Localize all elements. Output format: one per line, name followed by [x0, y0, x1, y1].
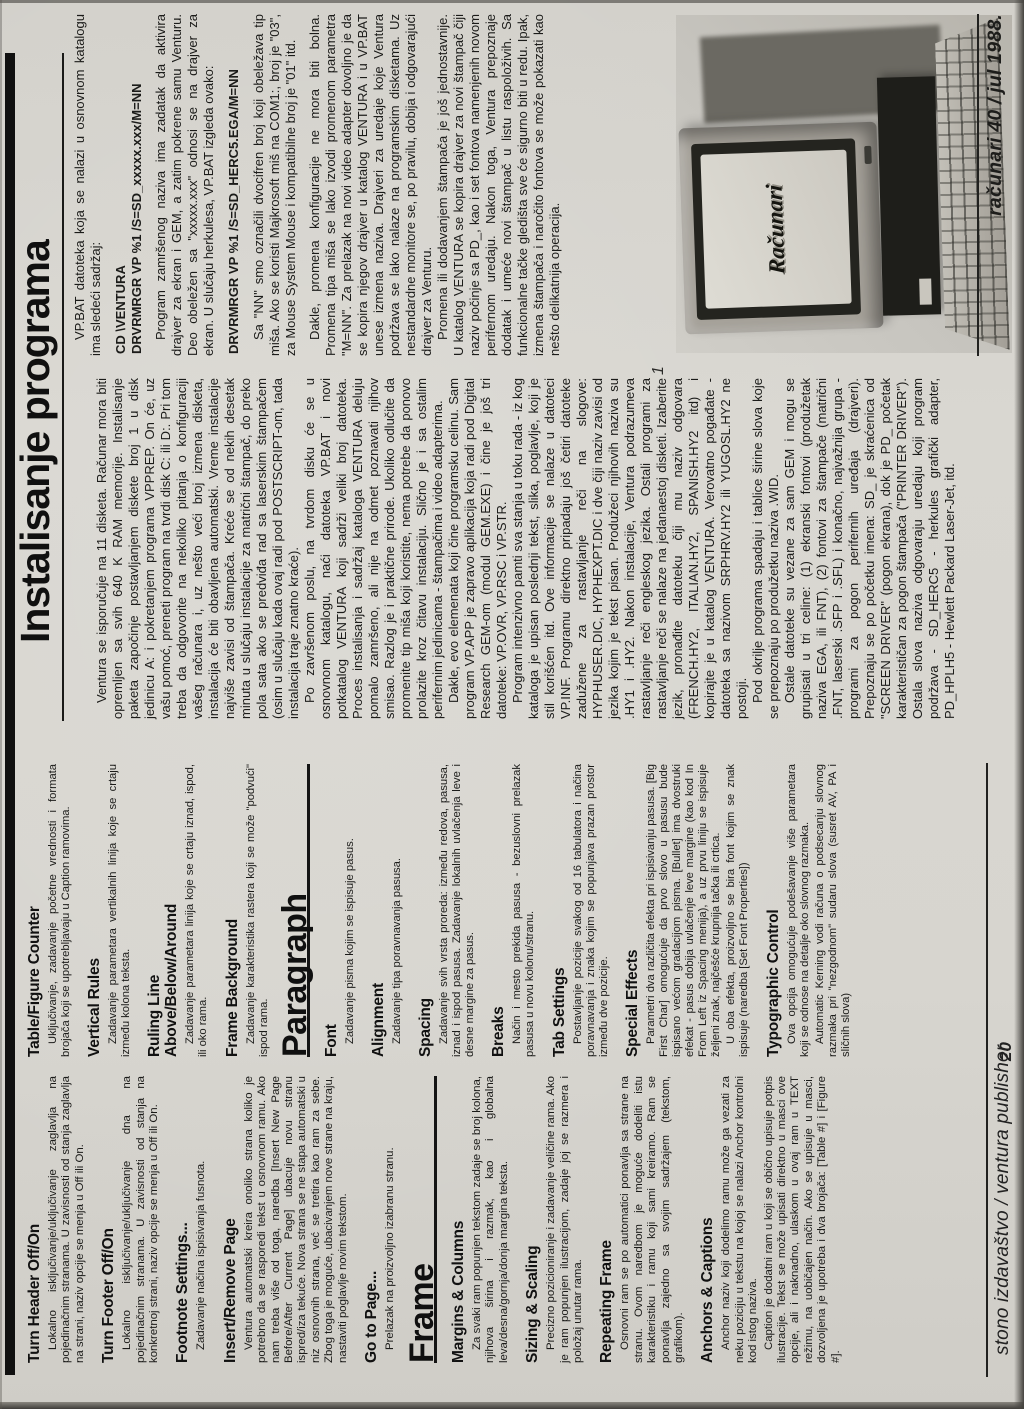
- section-heading: Breaks: [490, 764, 507, 1057]
- section-body: Ova opcija omogućuje podešavanje više pa…: [786, 764, 812, 1057]
- section-heading-line2: Above/Below/Around: [163, 764, 180, 1057]
- scan-edge-right: [1014, 0, 1024, 1409]
- big-heading-frame: Frame: [416, 1076, 437, 1363]
- code-line: DRVRMRGR VP %1 /S=SD_xxxxx.xxx/M=NN: [129, 14, 145, 354]
- section-heading: Font: [323, 764, 340, 1057]
- code-line-cd-ventura: CD \VENTURA DRVRMRGR VP %1 /S=SD_xxxxx.x…: [113, 14, 144, 354]
- footer-rule-left: [986, 763, 988, 1377]
- footer-rule-right: [977, 14, 979, 356]
- article-paragraph: Pod okrilje programa spadaju i tablice š…: [750, 378, 782, 719]
- section-special-effects: Special Effects Parametri dva različita …: [624, 764, 752, 1057]
- page-number-right: 1: [650, 366, 668, 375]
- article-paragraph: Promena ili dodavanjem štampača je još j…: [435, 14, 563, 356]
- section-heading: Vertical Rules: [86, 764, 103, 1057]
- section-heading: Spacing: [417, 764, 434, 1057]
- section-body: Prelazak na proizvoljno izabranu stranu.: [384, 1076, 397, 1363]
- scan-edge-bottom: [0, 1402, 1024, 1409]
- code-line: CD \VENTURA: [113, 14, 129, 354]
- section-heading: Ruling Line Above/Below/Around: [146, 764, 180, 1057]
- article-paragraph: Program zamršenog naziva ima zadatak da …: [153, 14, 217, 356]
- section-body: U oba efekta, proizvoljno se bira font k…: [725, 764, 751, 1057]
- footer-left: stono izdavaštvo / ventura publisher: [992, 1045, 1014, 1355]
- monitor-button: [864, 146, 872, 164]
- section-repeating-frame: Repeating Frame Osnovni ram se po automa…: [598, 1076, 686, 1363]
- section-body: Način i mesto prekida pasusa - bezuslovn…: [511, 764, 537, 1057]
- section-typographic-control: Typographic Control Ova opcija omogućuje…: [765, 764, 853, 1057]
- article-paragraph: Sa "NN" smo označili dvocifren broj koji…: [251, 14, 299, 356]
- scan-edge-top: [0, 0, 1024, 3]
- scanned-magazine-page: { "page": { "title": "Instalisanje progr…: [0, 0, 1024, 1409]
- section-vertical-rules: Vertical Rules Zadavanje parametara vert…: [86, 764, 133, 1057]
- monitor-bezel: Računari: [691, 138, 861, 320]
- section-heading: Table/Figure Counter: [26, 764, 43, 1057]
- article-column-2: VP.BAT datoteka koja se nalazi u osnovno…: [72, 14, 563, 356]
- monitor-screen: Računari: [700, 150, 851, 309]
- rotated-page: Instalisanje programa Turn Header Off/On…: [0, 0, 1024, 1409]
- article-paragraph: Ostale datoteke su vezane za sam GEM i m…: [782, 378, 958, 719]
- code-line-drvrmrgr-herc: DRVRMRGR VP %1 /S=SD_HERC5.EGA/M=NN: [226, 14, 242, 354]
- section-heading-line1: Ruling Line: [146, 764, 163, 1057]
- section-breaks: Breaks Način i mesto prekida pasusa - be…: [490, 764, 537, 1057]
- monitor: Računari: [678, 122, 883, 335]
- footer-right: računari 40 / jul 1988.: [984, 14, 1007, 314]
- section-heading: Turn Header Off/On: [26, 1076, 43, 1363]
- section-go-to-page: Go to Page... Prelazak na proizvoljno iz…: [363, 1076, 397, 1363]
- section-margins-columns: Margins & Columns Za svaki ram popunjen …: [450, 1076, 511, 1363]
- section-frame-background: Frame Background Zadavanje karakteristik…: [224, 764, 271, 1057]
- section-heading: Insert/Remove Page: [222, 1076, 239, 1363]
- section-heading: Special Effects: [624, 764, 641, 1057]
- section-heading: Turn Footer Off/On: [100, 1076, 117, 1363]
- title-underline-rule: [62, 53, 64, 721]
- section-body: Zadavanje svih vrsta proreda: između red…: [438, 764, 477, 1057]
- section-heading: Sizing & Scaling: [524, 1076, 541, 1363]
- screen-logo-text: Računari: [761, 184, 790, 275]
- section-body: Zadavanje parametara linija koje se crta…: [184, 764, 210, 1057]
- article-paragraph: Program intenzivno pamti sva stanja u to…: [510, 378, 750, 719]
- system-unit: [877, 76, 941, 315]
- section-heading: Frame Background: [224, 764, 241, 1057]
- article-column-1: Ventura se isporučuje na 11 disketa. Rač…: [94, 378, 958, 719]
- article-paragraph: Ventura se isporučuje na 11 disketa. Rač…: [94, 378, 302, 719]
- section-body: Zadavanje načina ispisivanja fusnota.: [195, 1076, 208, 1363]
- section-sizing-scaling: Sizing & Scaling Precizno pozicioniranje…: [524, 1076, 585, 1363]
- reference-column-2: Table/Figure Counter Uključivanje, zadav…: [26, 764, 855, 1057]
- section-spacing: Spacing Zadavanje svih vrsta proreda: iz…: [417, 764, 477, 1057]
- article-paragraph: Po završenom poslu, na tvrdom disku će s…: [302, 378, 446, 719]
- scan-edge-left: [0, 0, 2, 1409]
- section-heading: Alignment: [370, 764, 387, 1057]
- article-paragraph: VP.BAT datoteka koja se nalazi u osnovno…: [72, 14, 104, 356]
- section-body: Zadavanje parametara vertikalnih linija …: [107, 764, 133, 1057]
- page-title: Instalisanje programa: [12, 3, 59, 643]
- section-turn-header: Turn Header Off/On Lokalno isključivanje…: [26, 1076, 87, 1363]
- section-heading: Tab Settings: [551, 764, 568, 1057]
- section-body: Zadavanje karakteristika rastera koji se…: [245, 764, 271, 1057]
- section-font: Font Zadavanje pisma kojim se ispisuje p…: [323, 764, 357, 1057]
- section-heading: Go to Page...: [363, 1076, 380, 1363]
- section-heading: Repeating Frame: [598, 1076, 615, 1363]
- section-body: Parametri dva različita efekta pri ispis…: [645, 764, 724, 1057]
- section-heading: Margins & Columns: [450, 1076, 467, 1363]
- section-body: Osnovni ram se po automatici ponavlja sa…: [619, 1076, 686, 1363]
- section-heading: Footnote Settings...: [174, 1076, 191, 1363]
- section-ruling-line: Ruling Line Above/Below/Around Zadavanje…: [146, 764, 210, 1057]
- section-body: Zadavanje pisma kojim se ispisuje pasus.: [344, 764, 357, 1057]
- section-body: Ventura automatski kreira onoliko strana…: [243, 1076, 350, 1363]
- section-body: Postavljanje pozicije svakog od 16 tabul…: [572, 764, 611, 1057]
- section-body: Uključivanje, zadavanje početne vrednost…: [47, 764, 73, 1057]
- section-heading: Typographic Control: [765, 764, 782, 1057]
- section-anchors-captions: Anchors & Captions Anchor naziv koji dod…: [699, 1076, 843, 1363]
- section-table-figure-counter: Table/Figure Counter Uključivanje, zadav…: [26, 764, 73, 1057]
- page-number-left: 20: [996, 1042, 1016, 1061]
- article-paragraph: Dakle, promena konfiguracije ne mora bit…: [307, 14, 435, 356]
- big-heading-paragraph: Paragraph: [289, 764, 310, 1057]
- floppy-slot: [919, 278, 932, 304]
- section-footnote-settings: Footnote Settings... Zadavanje načina is…: [174, 1076, 208, 1363]
- section-body: Lokalno isključivanje/uključivanje dna n…: [121, 1076, 161, 1363]
- article-paragraph: Dakle, evo elemenata koji čine programsk…: [446, 378, 510, 719]
- section-turn-footer: Turn Footer Off/On Lokalno isključivanje…: [100, 1076, 161, 1363]
- computer-photo: Računari: [676, 15, 1012, 353]
- section-body: Automatic Kerning vodi računa o podsecan…: [814, 764, 853, 1057]
- section-body: Caption je dodatni ram u koji se obično …: [763, 1076, 843, 1363]
- section-body: Lokalno isključivanje/uključivanje zagla…: [47, 1076, 87, 1363]
- section-body: Anchor naziv koji dodelimo ramu može ga …: [720, 1076, 760, 1363]
- section-tab-settings: Tab Settings Postavljanje pozicije svako…: [551, 764, 611, 1057]
- section-body: Zadavanje tipa poravnavanja pasusa.: [391, 764, 404, 1057]
- section-insert-remove-page: Insert/Remove Page Ventura automatski kr…: [222, 1076, 350, 1363]
- section-alignment: Alignment Zadavanje tipa poravnavanja pa…: [370, 764, 404, 1057]
- reference-column-1: Turn Header Off/On Lokalno isključivanje…: [26, 1076, 845, 1363]
- section-body: Za svaki ram popunjen tekstom zadaje se …: [471, 1076, 511, 1363]
- section-body: Precizno pozicioniranje i zadavanje veli…: [545, 1076, 585, 1363]
- section-heading: Anchors & Captions: [699, 1076, 716, 1363]
